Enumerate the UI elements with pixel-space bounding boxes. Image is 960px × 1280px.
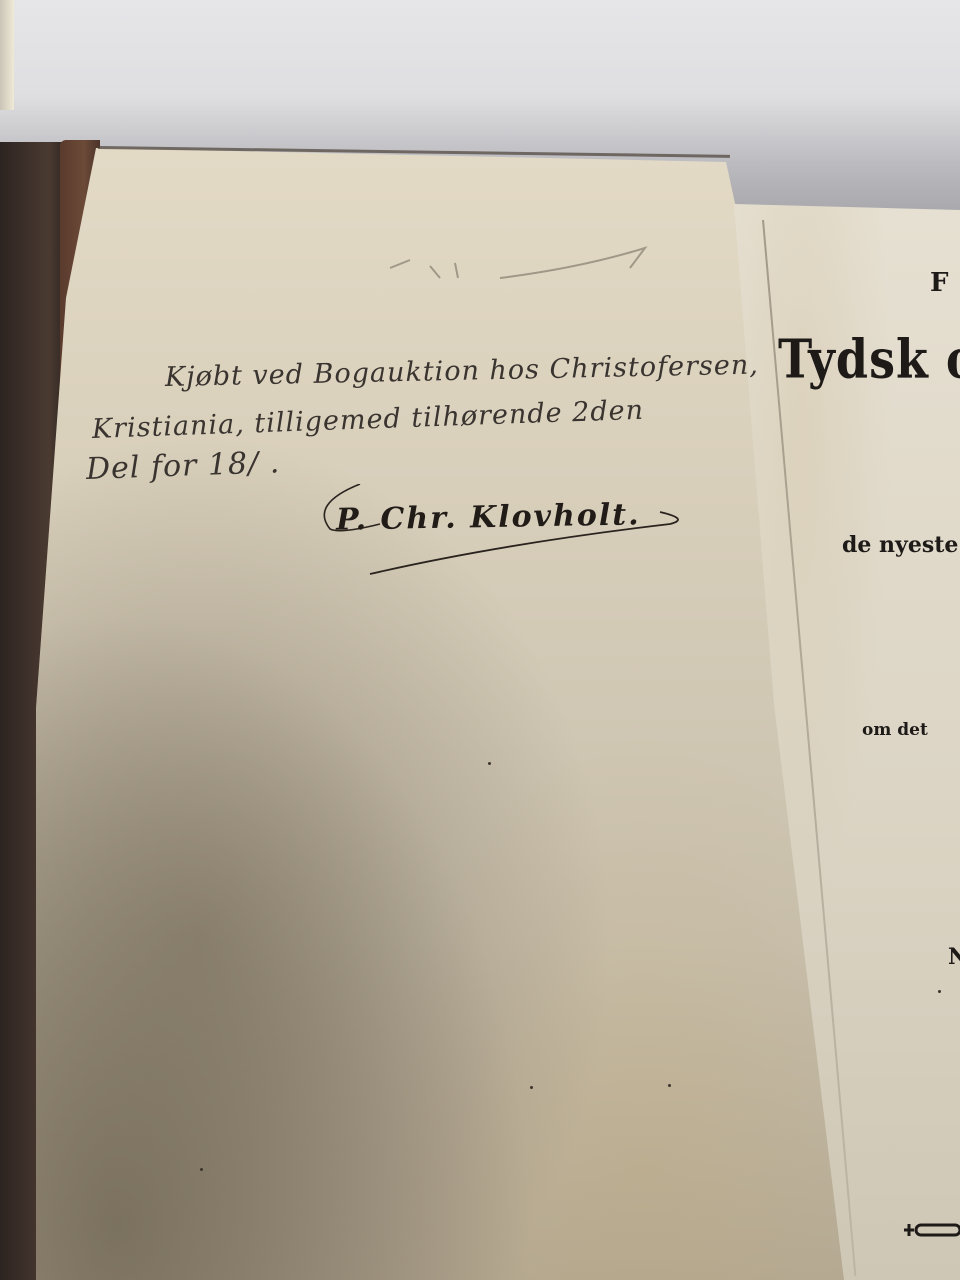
flyleaf-page [36, 148, 846, 1280]
signature: P. Chr. Klovholt. [336, 497, 641, 537]
title-fragment: N [948, 944, 960, 970]
paper-speck [200, 1168, 203, 1171]
printer-ornament-rule [900, 1218, 960, 1242]
title-line-om: om det [862, 720, 928, 740]
title-line-main: Tydsk og [778, 328, 960, 390]
paper-speck [668, 1084, 671, 1087]
title-line-sub: de nyeste [842, 532, 958, 558]
paper-speck [530, 1086, 533, 1089]
pencil-scribble [360, 238, 660, 298]
title-line-top: F [930, 268, 948, 298]
inscription-line-3: Del for 18/ . [85, 445, 280, 487]
adjacent-object-edge [0, 0, 14, 110]
paper-speck [938, 990, 941, 993]
paper-speck [488, 762, 491, 765]
